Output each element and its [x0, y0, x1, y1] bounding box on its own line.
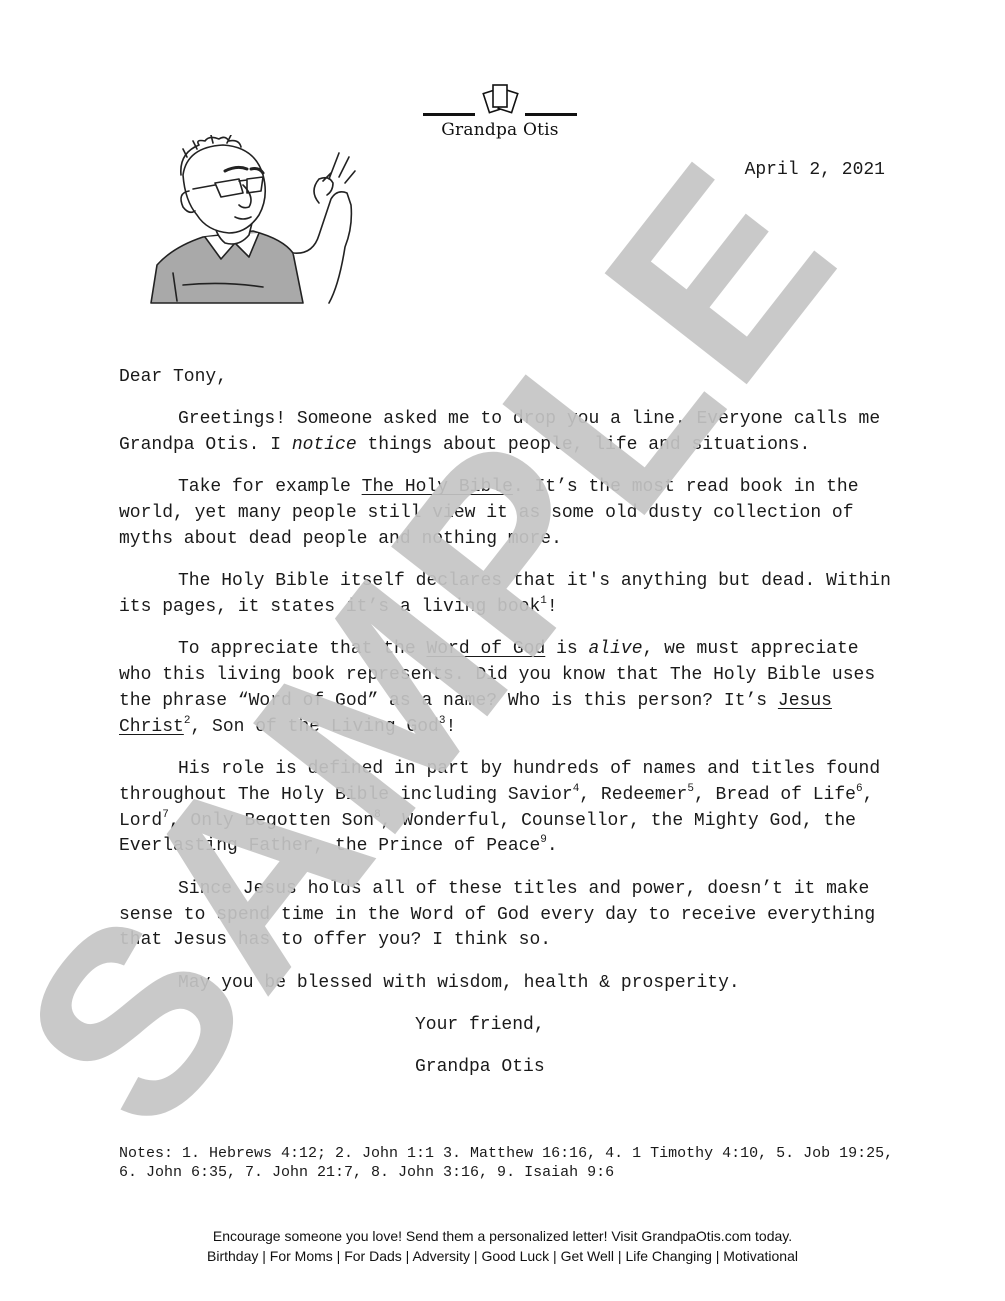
category-separator: | [470, 1248, 481, 1264]
footnote-ref-9: 9 [540, 834, 547, 846]
holy-bible-underlined: The Holy Bible [362, 477, 513, 497]
footnote-ref-4: 4 [573, 783, 580, 795]
closing: Your friend, [415, 1013, 899, 1039]
paragraph-holy-bible: Take for example The Holy Bible. It’s th… [119, 475, 899, 552]
category-list: Birthday | For Moms | For Dads | Adversi… [0, 1246, 1005, 1266]
footnote-ref-6: 6 [856, 783, 863, 795]
paragraph-word-of-god: To appreciate that the Word of God is al… [119, 637, 899, 740]
logo-rule-right [525, 113, 577, 116]
promo-line: Encourage someone you love! Send them a … [0, 1226, 1005, 1246]
letter-date: April 2, 2021 [745, 160, 885, 180]
paragraph-living-book: The Holy Bible itself declares that it's… [119, 569, 899, 621]
category-get-well: Get Well [561, 1248, 614, 1264]
paragraph-titles: His role is defined in part by hundreds … [119, 757, 899, 860]
word-of-god-underlined: Word of God [426, 639, 545, 659]
emphasis-notice: notice [292, 435, 357, 455]
category-separator: | [712, 1248, 723, 1264]
paragraph-greeting: Greetings! Someone asked me to drop you … [119, 407, 899, 459]
category-for-dads: For Dads [344, 1248, 402, 1264]
footnote-ref-7: 7 [162, 809, 169, 821]
category-separator: | [614, 1248, 625, 1264]
letter-body: Dear Tony, Greetings! Someone asked me t… [119, 365, 899, 1098]
brand-name: Grandpa Otis [420, 120, 580, 140]
footnote-ref-2: 2 [184, 715, 191, 727]
paragraph-conclusion: Since Jesus holds all of these titles an… [119, 877, 899, 954]
category-good-luck: Good Luck [481, 1248, 549, 1264]
category-separator: | [402, 1248, 413, 1264]
category-separator: | [258, 1248, 269, 1264]
category-birthday: Birthday [207, 1248, 258, 1264]
footnote-ref-5: 5 [687, 783, 694, 795]
brand-logo: Grandpa Otis [420, 82, 580, 152]
grandpa-illustration [143, 135, 358, 305]
blessing: May you be blessed with wisdom, health &… [119, 971, 899, 997]
category-life-changing: Life Changing [625, 1248, 711, 1264]
salutation: Dear Tony, [119, 365, 899, 391]
category-separator: | [549, 1248, 560, 1264]
footnote-ref-3: 3 [439, 715, 446, 727]
promo-footer: Encourage someone you love! Send them a … [0, 1226, 1005, 1266]
footnotes: Notes: 1. Hebrews 4:12; 2. John 1:1 3. M… [119, 1145, 899, 1182]
footnote-ref-1: 1 [540, 595, 547, 607]
category-separator: | [333, 1248, 344, 1264]
emphasis-alive: alive [589, 639, 643, 659]
stacked-letters-icon [480, 82, 520, 118]
category-motivational: Motivational [723, 1248, 798, 1264]
logo-rule-left [423, 113, 475, 116]
signature: Grandpa Otis [415, 1055, 899, 1081]
footnote-ref-8: 8 [374, 809, 381, 821]
category-for-moms: For Moms [270, 1248, 333, 1264]
category-adversity: Adversity [412, 1248, 470, 1264]
